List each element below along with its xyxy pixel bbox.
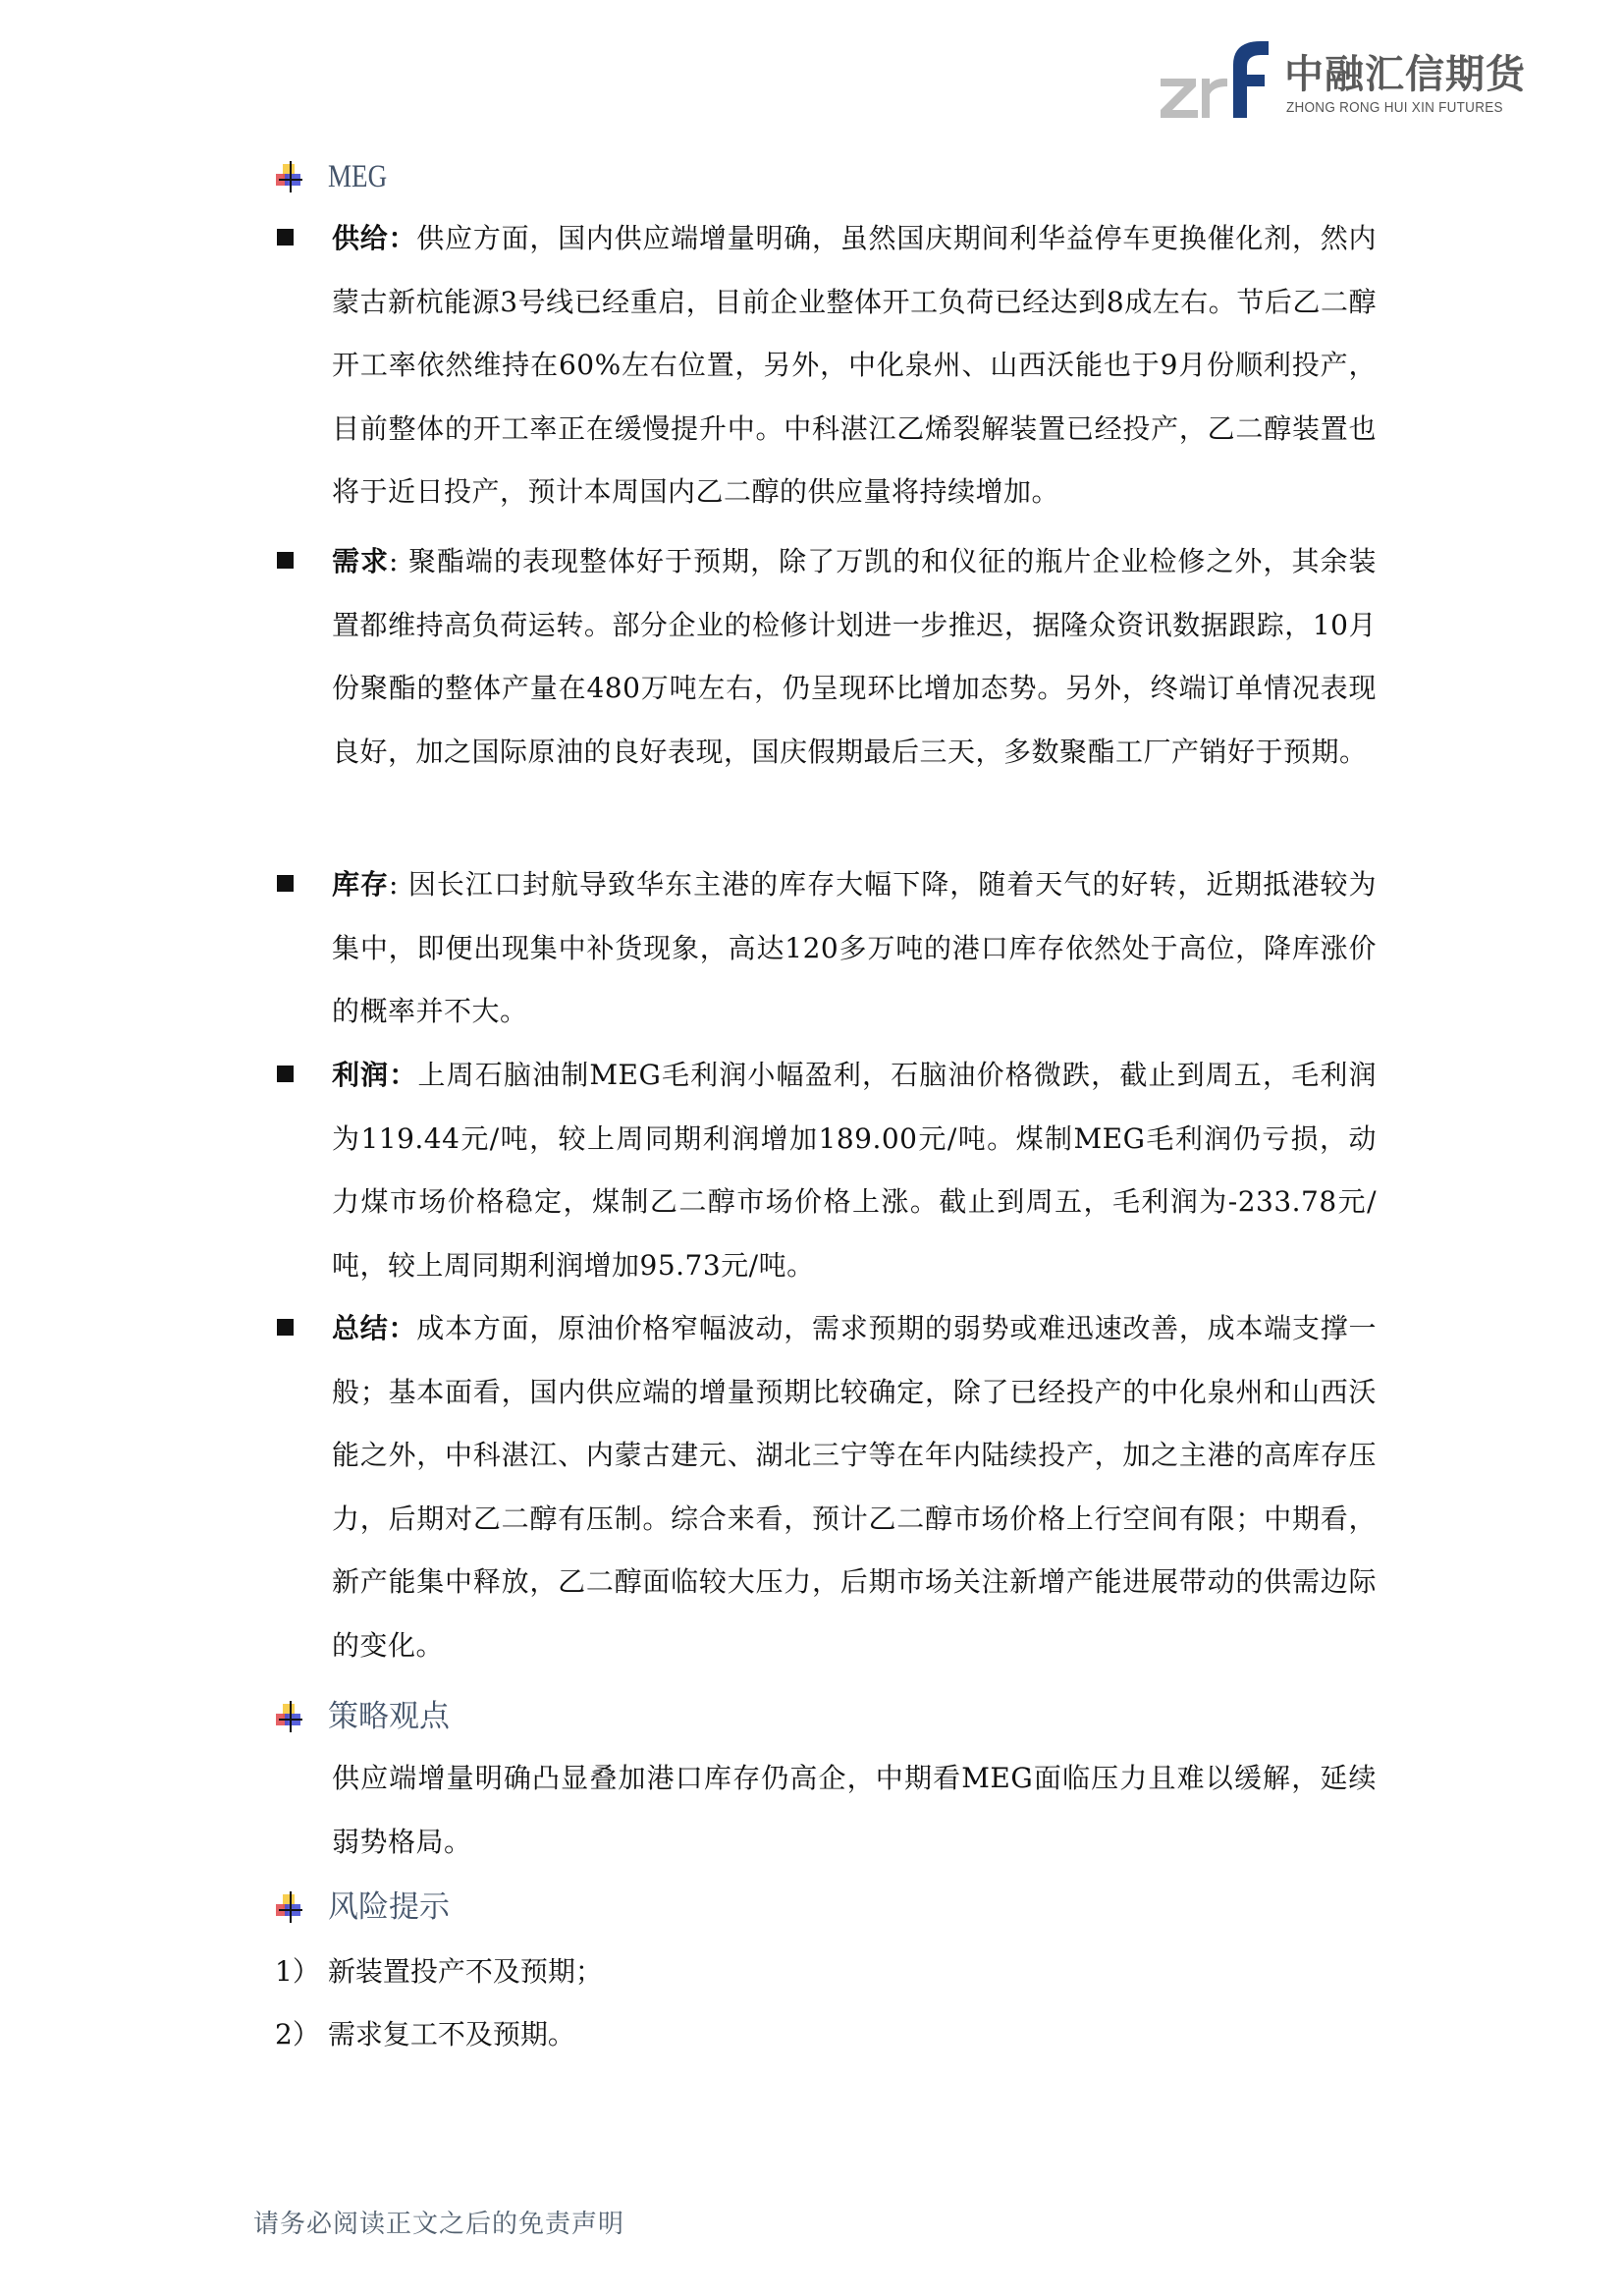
paragraph-inventory: 库存: 因长江口封航导致华东主港的库存大幅下降，随着天气的好转，近期抵港较为集中… bbox=[277, 853, 1377, 1044]
risk-item-text: 新装置投产不及预期； bbox=[328, 1955, 603, 1988]
paragraph-text: : 聚酯端的表现整体好于预期，除了万凯的和仪征的瓶片企业检修之外，其余装置都维持… bbox=[332, 545, 1377, 768]
section-title: 风险提示 bbox=[328, 1887, 450, 1927]
paragraph-text: 供应方面，国内供应端增量明确，虽然国庆期间利华益停车更换催化剂，然内蒙古新杭能源… bbox=[332, 222, 1377, 508]
paragraph-summary: 总结：成本方面，原油价格窄幅波动，需求预期的弱势或难迅速改善，成本端支撑一般；基… bbox=[277, 1297, 1377, 1677]
square-bullet-icon bbox=[277, 1066, 294, 1082]
section-heading-risk: 风险提示 bbox=[273, 1884, 450, 1931]
paragraph-text: 成本方面，原油价格窄幅波动，需求预期的弱势或难迅速改善，成本端支撑一般；基本面看… bbox=[332, 1312, 1377, 1662]
square-bullet-icon bbox=[277, 552, 294, 569]
section-bullet-icon bbox=[273, 160, 306, 193]
paragraph-keyword: 供给： bbox=[332, 222, 416, 254]
logo-english-name: ZHONG RONG HUI XIN FUTURES bbox=[1286, 100, 1503, 116]
paragraph-text: 上周石脑油制MEG毛利润小幅盈利，石脑油价格微跌，截止到周五，毛利润为119.4… bbox=[332, 1059, 1377, 1282]
risk-item: 2）需求复工不及预期。 bbox=[275, 2015, 575, 2054]
paragraph-keyword: 利润： bbox=[332, 1059, 417, 1091]
paragraph-keyword: 需求 bbox=[332, 545, 389, 577]
logo-chinese-name: 中融汇信期货 bbox=[1284, 53, 1526, 96]
section-title: MEG bbox=[328, 157, 387, 196]
section-title: 策略观点 bbox=[328, 1697, 450, 1736]
section-bullet-icon bbox=[273, 1890, 306, 1924]
paragraph-demand: 需求: 聚酯端的表现整体好于预期，除了万凯的和仪征的瓶片企业检修之外，其余装置都… bbox=[277, 530, 1377, 784]
paragraph-keyword: 总结： bbox=[332, 1312, 416, 1344]
square-bullet-icon bbox=[277, 1319, 294, 1336]
zrf-logo-mark-icon bbox=[1159, 35, 1276, 124]
paragraph-keyword: 库存 bbox=[332, 868, 389, 901]
risk-item-number: 2） bbox=[275, 2018, 320, 2050]
footer-disclaimer: 请务必阅读正文之后的免责声明 bbox=[253, 2204, 624, 2240]
paragraph-supply: 供给：供应方面，国内供应端增量明确，虽然国庆期间利华益停车更换催化剂，然内蒙古新… bbox=[277, 207, 1377, 524]
paragraph-text: : 因长江口封航导致华东主港的库存大幅下降，随着天气的好转，近期抵港较为集中，即… bbox=[332, 868, 1377, 1027]
paragraph-profit: 利润：上周石脑油制MEG毛利润小幅盈利，石脑油价格微跌，截止到周五，毛利润为11… bbox=[277, 1044, 1377, 1297]
square-bullet-icon bbox=[277, 875, 294, 892]
risk-item-text: 需求复工不及预期。 bbox=[328, 2018, 575, 2050]
section-bullet-icon bbox=[273, 1700, 306, 1733]
section-heading-strategy: 策略观点 bbox=[273, 1693, 450, 1740]
risk-item: 1）新装置投产不及预期； bbox=[275, 1952, 603, 1992]
strategy-text: 供应端增量明确凸显叠加港口库存仍高企，中期看MEG面临压力且难以缓解，延续弱势格… bbox=[332, 1747, 1377, 1874]
square-bullet-icon bbox=[277, 229, 294, 246]
company-logo: 中融汇信期货 ZHONG RONG HUI XIN FUTURES bbox=[1159, 35, 1532, 124]
section-heading-meg: MEG bbox=[273, 153, 400, 200]
risk-item-number: 1） bbox=[275, 1955, 320, 1988]
